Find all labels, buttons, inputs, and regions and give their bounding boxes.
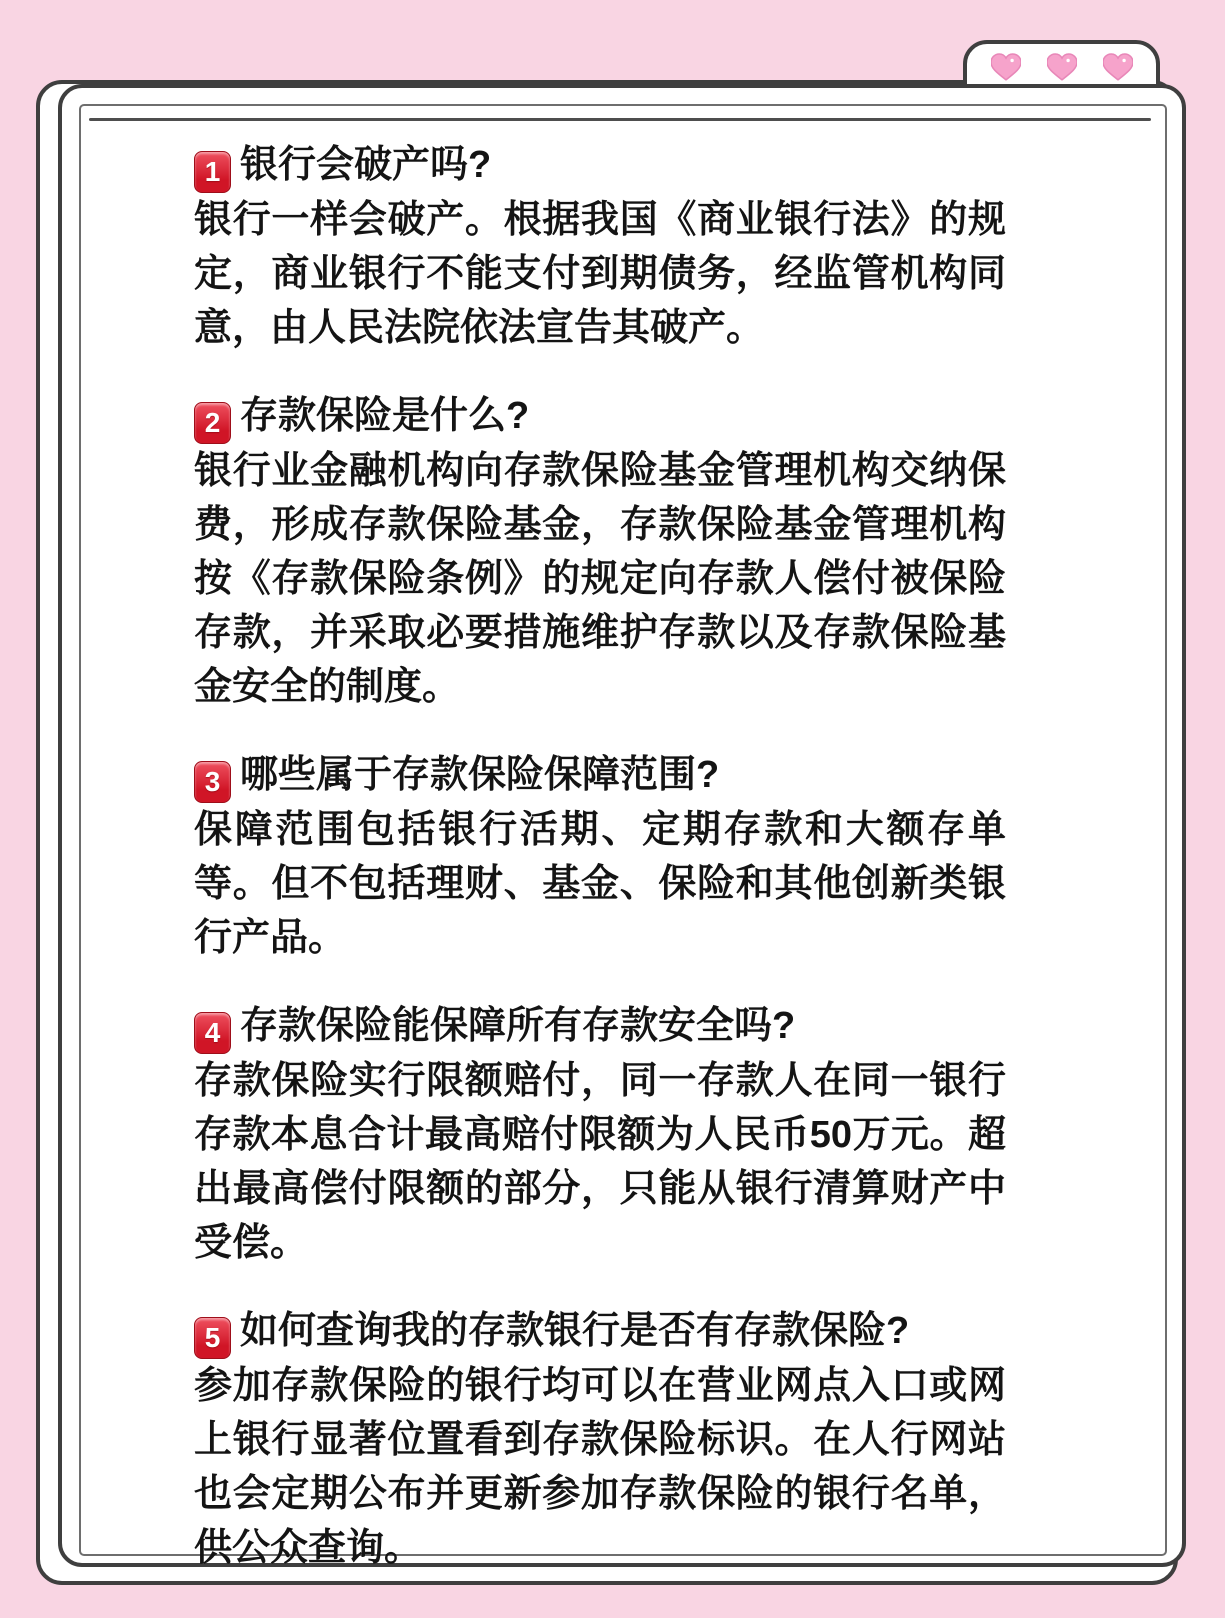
heart-icon — [1103, 53, 1133, 81]
question-text: 存款保险能保障所有存款安全吗? — [240, 1005, 795, 1047]
qa-section: 1银行会破产吗? 银行一样会破产。根据我国《商业银行法》的规定，商业银行不能支付… — [194, 138, 1006, 355]
answer-text: 银行业金融机构向存款保险基金管理机构交纳保费，形成存款保险基金，存款保险基金管理… — [194, 444, 1006, 714]
answer-text: 保障范围包括银行活期、定期存款和大额存单等。但不包括理财、基金、保险和其他创新类… — [194, 803, 1006, 965]
answer-text: 存款保险实行限额赔付，同一存款人在同一银行存款本息合计最高赔付限额为人民币50万… — [194, 1054, 1006, 1270]
number-badge: 4 — [194, 1012, 231, 1054]
number-badge: 1 — [194, 151, 231, 193]
header-rule — [89, 118, 1151, 121]
main-sheet: 1银行会破产吗? 银行一样会破产。根据我国《商业银行法》的规定，商业银行不能支付… — [58, 84, 1186, 1567]
number-badge: 5 — [194, 1317, 231, 1359]
qa-list: 1银行会破产吗? 银行一样会破产。根据我国《商业银行法》的规定，商业银行不能支付… — [194, 138, 1006, 1609]
question-text: 银行会破产吗? — [240, 144, 491, 186]
answer-text: 银行一样会破产。根据我国《商业银行法》的规定，商业银行不能支付到期债务，经监管机… — [194, 193, 1006, 355]
question-text: 哪些属于存款保险保障范围? — [240, 754, 719, 796]
number-badge: 2 — [194, 402, 231, 444]
qa-section: 5如何查询我的存款银行是否有存款保险? 参加存款保险的银行均可以在营业网点入口或… — [194, 1304, 1006, 1575]
number-badge: 3 — [194, 761, 231, 803]
heart-icon — [991, 53, 1021, 81]
question-text: 存款保险是什么? — [240, 395, 529, 437]
inner-page: 1银行会破产吗? 银行一样会破产。根据我国《商业银行法》的规定，商业银行不能支付… — [79, 104, 1167, 1556]
answer-text: 参加存款保险的银行均可以在营业网点入口或网上银行显著位置看到存款保险标识。在人行… — [194, 1359, 1006, 1575]
qa-section: 4存款保险能保障所有存款安全吗? 存款保险实行限额赔付，同一存款人在同一银行存款… — [194, 999, 1006, 1270]
qa-section: 2存款保险是什么? 银行业金融机构向存款保险基金管理机构交纳保费，形成存款保险基… — [194, 389, 1006, 714]
question-text: 如何查询我的存款银行是否有存款保险? — [240, 1310, 909, 1352]
qa-section: 3哪些属于存款保险保障范围? 保障范围包括银行活期、定期存款和大额存单等。但不包… — [194, 748, 1006, 965]
heart-icon — [1047, 53, 1077, 81]
infographic-card: 1银行会破产吗? 银行一样会破产。根据我国《商业银行法》的规定，商业银行不能支付… — [0, 0, 1225, 1618]
